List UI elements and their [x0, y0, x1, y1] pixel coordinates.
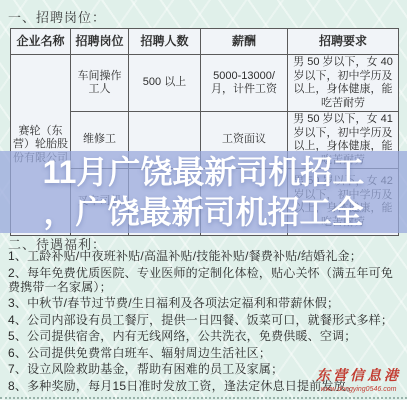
welfare-item-1: 1、工龄补贴/中夜班补贴/高温补贴/技能补贴/餐费补贴/结婚礼金；: [8, 249, 402, 263]
positions-section-title: 一、招聘岗位：: [8, 7, 106, 26]
headcount-cell-row1: 500 以上: [129, 55, 201, 112]
col-header-company: 企业名称: [11, 29, 71, 55]
title-banner-overlay: 11月广饶最新司机招工 ，广饶最新司机招工全: [0, 151, 407, 233]
requirements-cell-row1: 男 50 岁以下，女 40 岁以下，初中学历及以上，身体健康，能吃苦耐劳: [288, 55, 399, 112]
banner-title-line2: ，广饶最新司机招工全: [0, 192, 407, 232]
watermark-site-url: www.dongying0546.com: [316, 386, 401, 393]
welfare-item-6: 6、公司提供免费常白班车、辐射周边生活社区；: [8, 346, 402, 360]
welfare-item-2: 2、每年免费优质医院、专业医师的定制化体检，贴心关怀（满五年可免费携带一名家属）…: [8, 266, 402, 294]
table-row: 赛轮（东营）轮胎股份有限公司 车间操作工人 500 以上 5000-13000/…: [11, 55, 399, 112]
col-header-headcount: 招聘人数: [129, 29, 201, 55]
position-cell-row1: 车间操作工人: [71, 55, 129, 112]
welfare-item-3: 3、中秋节/春节过节费/生日福利及各项法定福利和带薪休假；: [8, 296, 402, 310]
col-header-position: 招聘岗位: [71, 29, 129, 55]
table-header-row: 企业名称 招聘岗位 招聘人数 薪酬 招聘要求: [11, 29, 399, 55]
banner-title-line1: 11月广饶最新司机招工: [0, 152, 407, 192]
col-header-requirements: 招聘要求: [288, 29, 399, 55]
welfare-item-4: 4、公司内部设有员工餐厅，提供一日四餐、饭菜可口，就餐形式多样；: [8, 313, 402, 327]
welfare-item-5: 5、公司提供宿舍，内有无线网络，公共洗衣，免费供暖、空调；: [8, 329, 402, 343]
recruitment-flyer: 一、招聘岗位： 企业名称 招聘岗位 招聘人数 薪酬 招聘要求 赛轮（东营）轮胎股…: [0, 0, 407, 400]
dotted-divider: [0, 397, 407, 399]
col-header-salary: 薪酬: [201, 29, 288, 55]
watermark-site-name: 东营信息港: [316, 365, 401, 385]
site-watermark: 东营信息港 www.dongying0546.com: [316, 365, 401, 393]
salary-cell-row1: 5000-13000/月，计件工资: [201, 55, 288, 112]
